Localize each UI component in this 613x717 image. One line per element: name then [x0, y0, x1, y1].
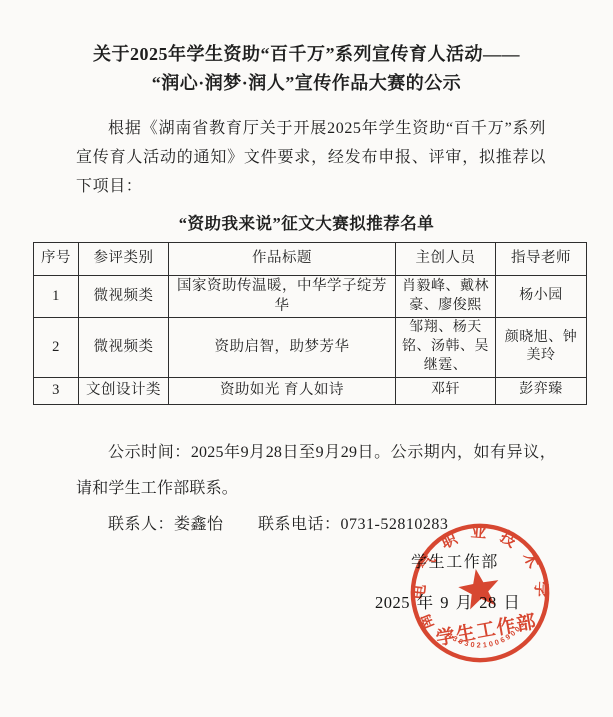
cell-seq: 1 [34, 276, 79, 318]
table-title: “资助我来说”征文大赛拟推荐名单 [0, 210, 613, 234]
cell-creators: 邹翔、杨天铭、汤韩、吴继霆、 [396, 318, 496, 378]
cell-creators: 邓轩 [396, 377, 496, 404]
cell-creators: 肖毅峰、戴林豪、廖俊熙 [396, 276, 496, 318]
cell-instructor: 杨小园 [496, 276, 587, 318]
cell-work-title: 国家资助传温暖，中华学子绽芳华 [169, 276, 396, 318]
public-notice-document: 关于2025年学生资助“百千万”系列宣传育人活动—— “润心·润梦·润人”宣传作… [0, 0, 613, 717]
official-seal: 湖南电气职业技术学院 学生工作部 43030210069005 [395, 508, 564, 677]
document-title-line2: “润心·润梦·润人”宣传作品大赛的公示 [40, 69, 573, 98]
cell-seq: 2 [34, 318, 79, 378]
cell-work-title: 资助如光 育人如诗 [169, 377, 396, 404]
official-seal-graphic: 湖南电气职业技术学院 学生工作部 43030210069005 [395, 508, 564, 677]
header-seq: 序号 [34, 243, 79, 276]
header-creators: 主创人员 [396, 243, 496, 276]
table-row: 3 文创设计类 资助如光 育人如诗 邓轩 彭弈臻 [34, 377, 587, 404]
cell-instructor: 彭弈臻 [496, 377, 587, 404]
cell-category: 微视频类 [79, 276, 169, 318]
table-row: 2 微视频类 资助启智，助梦芳华 邹翔、杨天铭、汤韩、吴继霆、 颜晓旭、钟美玲 [34, 318, 587, 378]
document-title-line1: 关于2025年学生资助“百千万”系列宣传育人活动—— [40, 40, 573, 69]
cell-instructor: 颜晓旭、钟美玲 [496, 318, 587, 378]
cell-work-title: 资助启智，助梦芳华 [169, 318, 396, 378]
star-icon [456, 566, 503, 611]
header-work-title: 作品标题 [169, 243, 396, 276]
intro-paragraph: 根据《湖南省教育厅关于开展2025年学生资助“百千万”系列宣传育人活动的通知》文… [76, 114, 546, 201]
header-instructor: 指导老师 [496, 243, 587, 276]
cell-category: 文创设计类 [79, 377, 169, 404]
document-title: 关于2025年学生资助“百千万”系列宣传育人活动—— “润心·润梦·润人”宣传作… [40, 40, 573, 98]
cell-seq: 3 [34, 377, 79, 404]
recommendation-table: 序号 参评类别 作品标题 主创人员 指导老师 1 微视频类 国家资助传温暖，中华… [33, 242, 587, 405]
table-header-row: 序号 参评类别 作品标题 主创人员 指导老师 [34, 243, 587, 276]
contact-person: 联系人：娄鑫怡 [108, 516, 224, 533]
cell-category: 微视频类 [79, 318, 169, 378]
header-category: 参评类别 [79, 243, 169, 276]
table-row: 1 微视频类 国家资助传温暖，中华学子绽芳华 肖毅峰、戴林豪、廖俊熙 杨小园 [34, 276, 587, 318]
notice-paragraph: 公示时间：2025年9月28日至9月29日。公示期内，如有异议，请和学生工作部联… [76, 435, 556, 507]
